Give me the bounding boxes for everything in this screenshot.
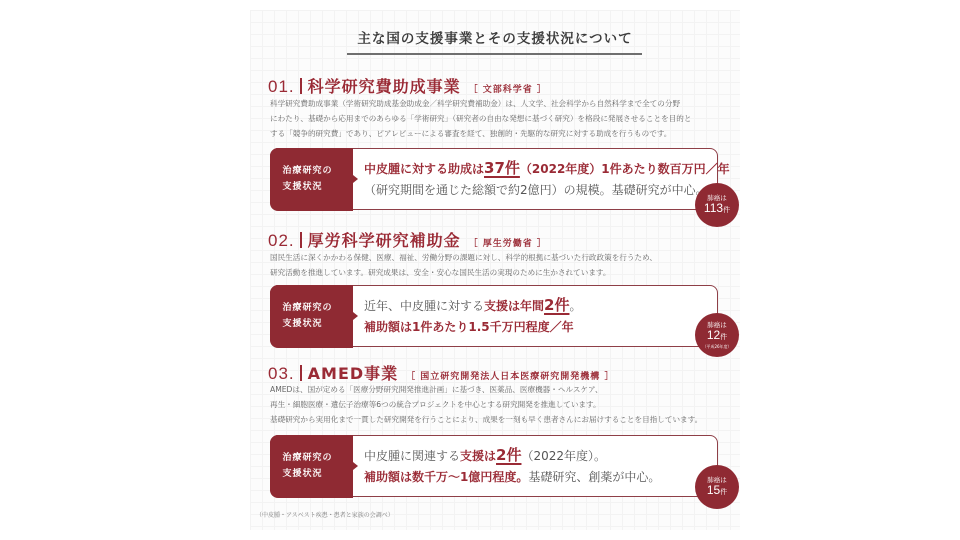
status-line-2: 補助額は1件あたり1.5千万円程度／年 — [364, 317, 581, 338]
status-text: 近年、中皮腫に対する支援は年間2件。 補助額は1件あたり1.5千万円程度／年 — [364, 295, 581, 338]
divider — [300, 78, 302, 94]
description-line: 国民生活に深くかかわる保健、医療、福祉、労働分野の課題に対し、科学的根拠に基づい… — [270, 250, 730, 265]
section-03-description: AMEDは、国が定める「医療分野研究開発推進計画」に基づき、医薬品、医療機器・ヘ… — [270, 382, 730, 427]
case-count: 2件 — [544, 296, 569, 314]
section-02-description: 国民生活に深くかかわる保健、医療、福祉、労働分野の課題に対し、科学的根拠に基づい… — [270, 250, 730, 280]
status-label: 治療研究の 支援状況 — [270, 435, 353, 498]
section-number: 03. — [268, 364, 295, 384]
section-01-description: 科学研究費助成事業（学術研究助成基金助成金／科学研究費補助金）は、人文学、社会科… — [270, 96, 730, 141]
source-footnote: （中皮腫・アスベスト疾患・患者と家族の会調べ） — [256, 510, 394, 519]
status-line-2: （研究期間を通じた総額で約2億円）の規模。基礎研究が中心。 — [364, 180, 730, 201]
section-title: 厚労科学研究補助金 — [308, 228, 461, 251]
section-title: 科学研究費助成事業 — [308, 74, 461, 97]
case-count: 37件 — [484, 159, 520, 177]
section-02-heading: 02. 厚労科学研究補助金 ［ 厚生労働省 ］ — [268, 228, 547, 251]
description-line: する「競争的研究費」であり、ピアレビューによる審査を経て、独創的・先駆的な研究に… — [270, 126, 730, 141]
lung-cancer-count-badge: 肺癌は 15件 — [695, 465, 739, 509]
status-text: 中皮腫に対する助成は37件（2022年度）1件あたり数百万円／年 （研究期間を通… — [364, 158, 730, 201]
section-01-status-box: 治療研究の 支援状況 中皮腫に対する助成は37件（2022年度）1件あたり数百万… — [270, 148, 718, 210]
description-line: にわたり、基礎から応用までのあらゆる「学術研究」（研究者の自由な発想に基づく研究… — [270, 111, 730, 126]
status-label: 治療研究の 支援状況 — [270, 148, 353, 211]
divider — [300, 232, 302, 248]
section-number: 01. — [268, 77, 295, 97]
lung-cancer-count-badge: 肺癌は 113件 — [695, 183, 739, 227]
lung-cancer-count-badge: 肺癌は 12件 （平成26年度） — [695, 313, 739, 357]
status-text: 中皮腫に関連する支援は2件（2022年度）。 補助額は数千万～1億円程度。基礎研… — [364, 445, 660, 488]
ministry-label: ［ 厚生労働省 ］ — [469, 236, 547, 249]
section-01-heading: 01. 科学研究費助成事業 ［ 文部科学省 ］ — [268, 74, 547, 97]
status-line-1: 中皮腫に対する助成は37件（2022年度）1件あたり数百万円／年 — [364, 158, 730, 180]
section-03-heading: 03. AMED事業 ［ 国立研究開発法人日本医療研究開発機構 ］ — [268, 361, 614, 384]
ministry-label: ［ 文部科学省 ］ — [469, 82, 547, 95]
description-line: 再生・細胞医療・遺伝子治療等6つの統合プロジェクトを中心とする研究開発を推進して… — [270, 397, 730, 412]
status-label: 治療研究の 支援状況 — [270, 285, 353, 348]
description-line: 科学研究費助成事業（学術研究助成基金助成金／科学研究費補助金）は、人文学、社会科… — [270, 96, 730, 111]
section-02-status-box: 治療研究の 支援状況 近年、中皮腫に対する支援は年間2件。 補助額は1件あたり1… — [270, 285, 718, 347]
title-underline — [347, 53, 642, 55]
page-title: 主な国の支援事業とその支援状況について — [250, 27, 740, 47]
section-title: AMED事業 — [308, 361, 399, 384]
description-line: 研究活動を推進しています。研究成果は、安全・安心な国民生活の実現のために生かされ… — [270, 265, 730, 280]
ministry-label: ［ 国立研究開発法人日本医療研究開発機構 ］ — [406, 369, 614, 382]
status-line-2: 補助額は数千万～1億円程度。基礎研究、創薬が中心。 — [364, 467, 660, 488]
description-line: 基礎研究から実用化まで一貫した研究開発を行うことにより、成果を一刻も早く患者さん… — [270, 412, 730, 427]
status-line-1: 中皮腫に関連する支援は2件（2022年度）。 — [364, 445, 660, 467]
description-line: AMEDは、国が定める「医療分野研究開発推進計画」に基づき、医薬品、医療機器・ヘ… — [270, 382, 730, 397]
status-line-1: 近年、中皮腫に対する支援は年間2件。 — [364, 295, 581, 317]
divider — [300, 365, 302, 381]
section-number: 02. — [268, 231, 295, 251]
case-count: 2件 — [496, 446, 521, 464]
section-03-status-box: 治療研究の 支援状況 中皮腫に関連する支援は2件（2022年度）。 補助額は数千… — [270, 435, 718, 497]
